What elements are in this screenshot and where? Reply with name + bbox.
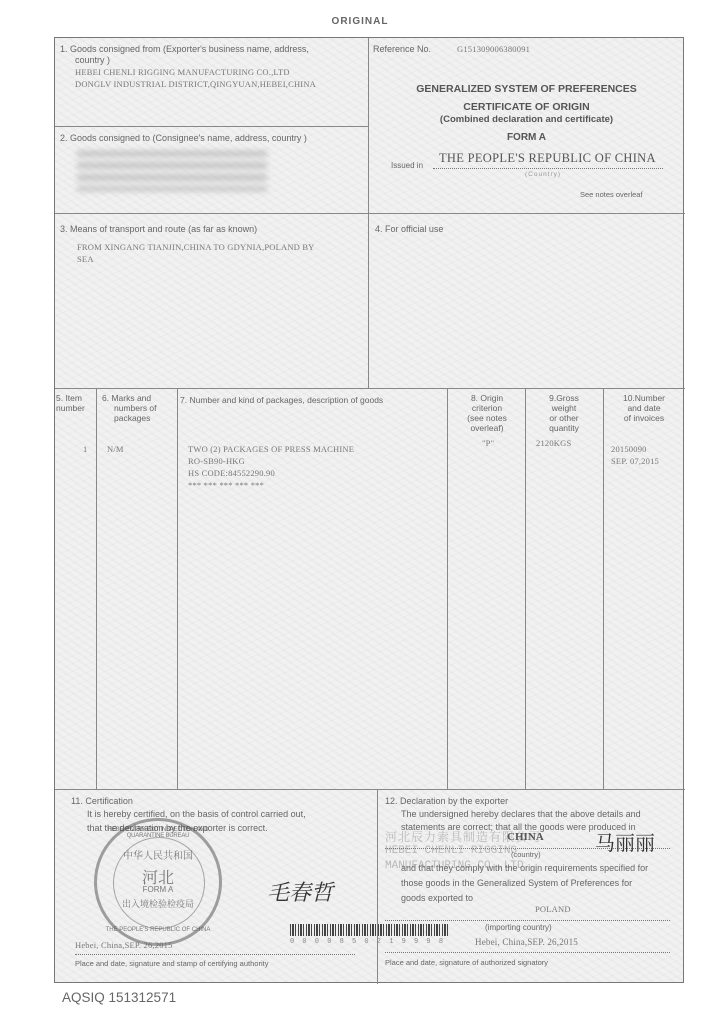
col-weight-header: 9.Gross weight or other quantity xyxy=(529,393,599,433)
col-item-number-header: 5. Item number xyxy=(56,393,85,413)
exporter-address: DONGLV INDUSTRIAL DISTRICT,QINGYUAN,HEBE… xyxy=(75,79,316,91)
issued-country: THE PEOPLE'S REPUBLIC OF CHINA xyxy=(439,151,656,166)
certificate-subtitle: CERTIFICATE OF ORIGIN xyxy=(368,101,685,113)
col-marks-header: 6. Marks and numbers of packages xyxy=(102,393,157,423)
certifying-caption: Place and date, signature and stamp of c… xyxy=(75,958,268,969)
produced-country: CHINA xyxy=(507,831,544,843)
signatory-caption: Place and date, signature of authorized … xyxy=(385,957,548,968)
box4-label: 4. For official use xyxy=(375,224,443,235)
item-description-line: HS CODE:84552290.90 xyxy=(188,468,275,480)
box1-label: 1. Goods consigned from (Exporter's busi… xyxy=(60,44,309,55)
divider xyxy=(96,388,97,789)
divider xyxy=(447,388,448,789)
see-notes: See notes overleaf xyxy=(580,189,643,200)
reference-number: G151309006380091 xyxy=(457,44,530,56)
divider xyxy=(377,789,378,984)
transport-route: FROM XINGANG TIANJIN,CHINA TO GDYNIA,POL… xyxy=(77,242,315,254)
item-origin-criterion: "P" xyxy=(482,438,494,450)
barcode-digits: 0 0 0 0 8 5 0 2 1 9 9 9 8 xyxy=(290,938,450,946)
declaration-text: those goods in the Generalized System of… xyxy=(401,878,632,889)
certificate-note: (Combined declaration and certificate) xyxy=(368,114,685,125)
item-description-line: RO-SB90-HKG xyxy=(188,456,245,468)
country-caption: (country) xyxy=(511,849,541,860)
aqsiq-code: AQSIQ 151312571 xyxy=(62,990,176,1005)
item-number: 1 xyxy=(83,444,87,456)
certificate-title: GENERALIZED SYSTEM OF PREFERENCES xyxy=(368,83,685,95)
item-gross-weight: 2120KGS xyxy=(536,438,571,450)
declaration-text: and that they comply with the origin req… xyxy=(401,863,648,874)
declaration-text: goods exported to xyxy=(401,893,473,904)
box12-label: 12. Declaration by the exporter xyxy=(385,796,508,807)
divider xyxy=(55,789,685,790)
divider xyxy=(525,388,526,789)
exporter-place-date: Hebei, China,SEP. 26,2015 xyxy=(475,937,578,949)
box11-label: 11. Certification xyxy=(71,796,133,807)
divider xyxy=(55,126,368,127)
signatory-dotted-line xyxy=(385,952,670,953)
reference-label: Reference No. xyxy=(373,44,431,55)
item-invoice-date: SEP. 07,2015 xyxy=(611,456,659,468)
official-stamp: HEBEI ENTRY-EXIT INSPECTION AND QUARANTI… xyxy=(94,818,222,946)
consignee-redacted xyxy=(77,151,267,191)
certifying-dotted-line xyxy=(75,954,355,955)
company-stamp-en: HEBEI CHENLI RIGGING xyxy=(385,845,517,857)
original-header: ORIGINAL xyxy=(0,16,720,27)
issued-in-label: Issued in xyxy=(391,160,423,171)
col-invoice-header: 10.Number and date of invoices xyxy=(605,393,683,423)
divider xyxy=(55,388,685,389)
barcode xyxy=(290,924,450,936)
importing-dotted-line xyxy=(385,920,670,921)
exporter-signature: 马丽丽 xyxy=(595,827,655,856)
item-marks: N/M xyxy=(107,444,124,456)
exporter-name: HEBEI CHENLI RIGGING MANUFACTURING CO.,L… xyxy=(75,67,290,79)
declaration-text: The undersigned hereby declares that the… xyxy=(401,809,641,820)
item-invoice-number: 20150090 xyxy=(611,444,647,456)
importing-country: POLAND xyxy=(535,904,571,916)
divider xyxy=(55,213,685,214)
transport-route-cont: SEA xyxy=(77,254,94,266)
certification-text: It is hereby certified, on the basis of … xyxy=(87,809,306,820)
box1-label-cont: country ) xyxy=(75,55,110,66)
divider xyxy=(603,388,604,789)
box2-label: 2. Goods consigned to (Consignee's name,… xyxy=(60,133,307,144)
col-description-header: 7. Number and kind of packages, descript… xyxy=(180,395,383,406)
country-caption: (Country) xyxy=(525,169,561,180)
col-origin-header: 8. Origin criterion (see notes overleaf) xyxy=(452,393,522,433)
item-description-line: TWO (2) PACKAGES OF PRESS MACHINE xyxy=(188,444,354,456)
certifier-signature: 毛春哲 xyxy=(267,876,333,907)
importing-caption: (importing country) xyxy=(485,922,552,933)
item-description-line: *** *** *** *** *** xyxy=(188,480,264,492)
form-a-title: FORM A xyxy=(368,132,685,143)
divider xyxy=(177,388,178,789)
box3-label: 3. Means of transport and route (as far … xyxy=(60,224,257,235)
